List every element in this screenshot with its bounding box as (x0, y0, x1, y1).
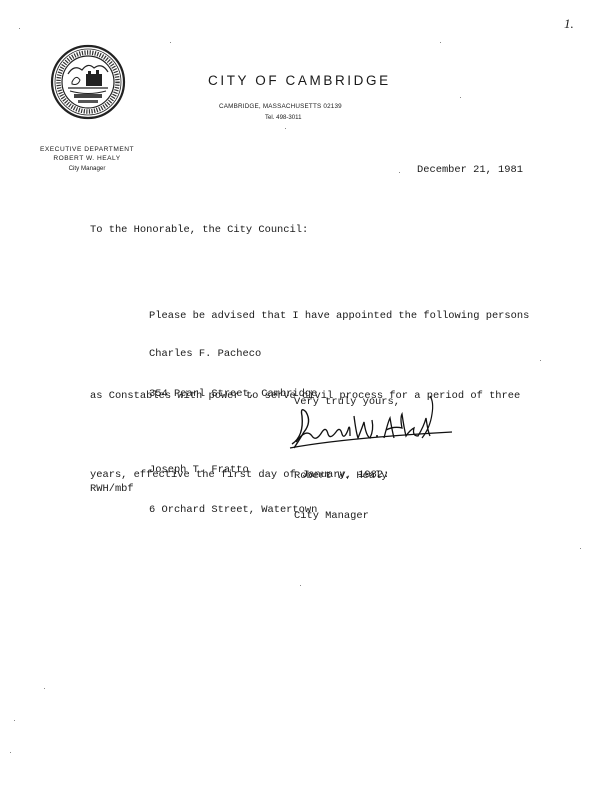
letterhead-title: CITY OF CAMBRIDGE (208, 73, 391, 88)
department-role: City Manager (35, 164, 139, 173)
letterhead-address: CAMBRIDGE, MASSACHUSETTS 02139 (219, 103, 342, 110)
signatory-title: City Manager (294, 510, 388, 523)
appointee-name: Joseph T. Fratto (149, 464, 317, 477)
department-person: ROBERT W. HEALY (35, 154, 139, 163)
city-seal-icon (50, 44, 126, 120)
reference-initials: RWH/mbf (90, 483, 134, 495)
letterhead-telephone: Tel. 498-3011 (265, 114, 301, 121)
department-block: EXECUTIVE DEPARTMENT ROBERT W. HEALY Cit… (35, 145, 139, 173)
signatory-name: Robert W. Healy (294, 470, 388, 483)
page-number-marker: 1. (564, 16, 574, 32)
appointee-address: 6 Orchard Street, Watertown (149, 504, 317, 517)
letter-date: December 21, 1981 (417, 164, 523, 176)
department-name: EXECUTIVE DEPARTMENT (35, 145, 139, 154)
salutation: To the Honorable, the City Council: (90, 224, 308, 236)
signatory-block: Robert W. Healy City Manager (294, 444, 388, 536)
appointee-name: Charles F. Pacheco (149, 348, 317, 361)
